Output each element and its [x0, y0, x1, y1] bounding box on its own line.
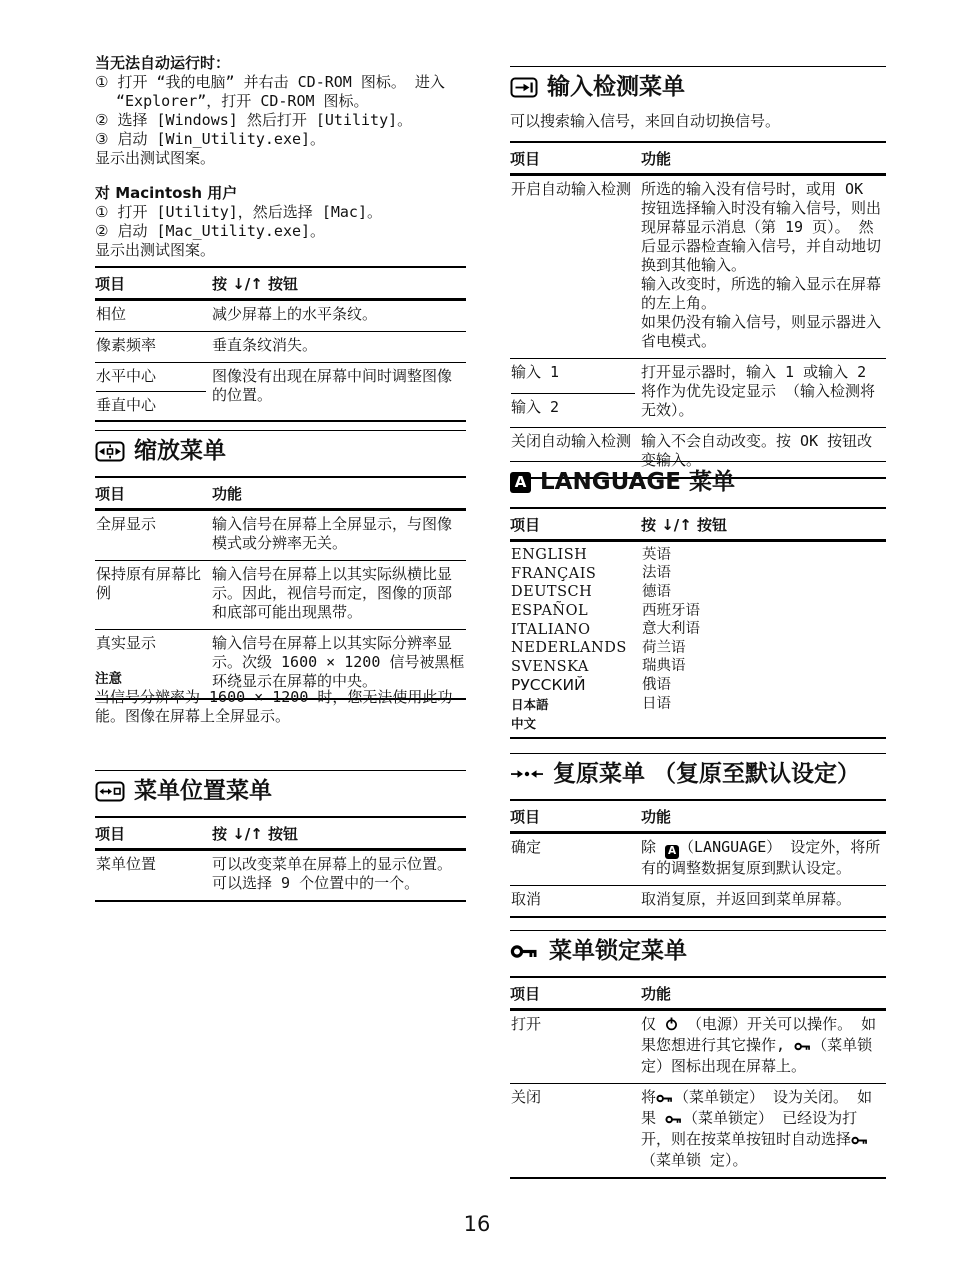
key-icon: [665, 1111, 683, 1130]
menu-lock-section: 菜单锁定菜单 项目 功能 打开 仅 （电源）开关可以操作。 如果您想进行其它操作…: [510, 930, 886, 1179]
mac-title: 对 Macintosh 用户: [95, 184, 466, 203]
mac-step-2: ② 启动 [Mac_Utility.exe]。: [95, 222, 466, 241]
menu-position-icon: [95, 781, 125, 802]
table-row-merged: 输入 1 输入 2 打开显示器时，输入 1 或输入 2 将作为优先设定显示 （输…: [510, 359, 886, 428]
page-number: 16: [0, 1212, 954, 1236]
note-title: 注意: [95, 670, 466, 688]
section-title-menu-position: 菜单位置菜单: [95, 778, 466, 804]
key-icon: [851, 1132, 869, 1151]
autorun-title: 当无法自动运行时：: [95, 54, 466, 73]
autorun-step-1: ① 打开 “我的电脑” 并右击 CD-ROM 图标。 进入 “Explorer”…: [95, 73, 466, 111]
key-icon: [656, 1090, 674, 1109]
table-header: 项目 功能: [510, 143, 886, 176]
table-row: 确定 除 A（LANGUAGE） 设定外，将所有的调整数据复原到默认设定。: [510, 834, 886, 886]
autorun-section: 当无法自动运行时： ① 打开 “我的电脑” 并右击 CD-ROM 图标。 进入 …: [95, 54, 466, 260]
note-block: 注意 当信号分辨率为 1600 × 1200 时，您无法使用此功能。图像在屏幕上…: [95, 670, 466, 726]
table-header: 项目 按 ↓/↑ 按钮: [95, 818, 466, 851]
mac-result: 显示出测试图案。: [95, 241, 466, 260]
autorun-result: 显示出测试图案。: [95, 149, 466, 168]
zoom-icon: [95, 441, 125, 462]
table-row: 相位 减少屏幕上的水平条纹。: [95, 301, 466, 332]
zoom-menu-section: 缩放菜单 项目 功能 全屏显示 输入信号在屏幕上全屏显示，与图像模式或分辨率无关…: [95, 430, 466, 700]
note-text: 当信号分辨率为 1600 × 1200 时，您无法使用此功能。图像在屏幕上全屏显…: [95, 688, 466, 726]
input-detect-intro: 可以搜索输入信号，来回自动切换信号。: [510, 112, 886, 131]
table-header: 项目 按 ↓/↑ 按钮: [510, 509, 886, 542]
table-row: 关闭 将（菜单锁定） 设为关闭。 如果 （菜单锁定） 已经设为打开，则在按菜单按…: [510, 1084, 886, 1177]
manual-page: 当无法自动运行时： ① 打开 “我的电脑” 并右击 CD-ROM 图标。 进入 …: [0, 0, 954, 1274]
table-row: 菜单位置 可以改变菜单在屏幕上的显示位置。可以选择 9 个位置中的一个。: [95, 851, 466, 900]
table-row: 保持原有屏幕比例 输入信号在屏幕上以其实际纵横比显示。因此，视信号而定，图像的顶…: [95, 561, 466, 630]
autorun-step-2: ② 选择 [Windows] 然后打开 [Utility]。: [95, 111, 466, 130]
table-header: 项目 功能: [510, 801, 886, 834]
table-row: 开启自动输入检测 所选的输入没有信号时，或用 OK 按钮选择输入时没有输入信号，…: [510, 176, 886, 359]
key-icon: [510, 943, 540, 960]
power-icon: [665, 1017, 678, 1036]
table-header: 项目 功能: [510, 978, 886, 1011]
language-icon: A: [510, 472, 531, 493]
table-header: 项目 按 ↓/↑ 按钮: [95, 268, 466, 301]
table-row: 全屏显示 输入信号在屏幕上全屏显示，与图像模式或分辨率无关。: [95, 511, 466, 561]
section-title-reset: 复原菜单 （复原至默认设定）: [510, 761, 886, 787]
reset-section: 复原菜单 （复原至默认设定） 项目 功能 确定 除 A（LANGUAGE） 设定…: [510, 753, 886, 918]
table-row-merged: 水平中心 垂直中心 图像没有出现在屏幕中间时调整图像的位置。: [95, 363, 466, 420]
adjust-table: 项目 按 ↓/↑ 按钮 相位 减少屏幕上的水平条纹。 像素频率 垂直条纹消失。 …: [95, 266, 466, 422]
mac-step-1: ① 打开 [Utility]，然后选择 [Mac]。: [95, 203, 466, 222]
table-row: 取消 取消复原，并返回到菜单屏幕。: [510, 886, 886, 916]
header-func: 按 ↓/↑ 按钮: [212, 268, 466, 298]
table-row: 像素频率 垂直条纹消失。: [95, 332, 466, 363]
section-title-zoom-menu: 缩放菜单: [95, 438, 466, 464]
section-title-menu-lock: 菜单锁定菜单: [510, 938, 886, 964]
language-list: ENGLISH FRANÇAIS DEUTSCH ESPAÑOL ITALIAN…: [510, 542, 886, 737]
table-header: 项目 功能: [95, 478, 466, 511]
table-row: 打开 仅 （电源）开关可以操作。 如果您想进行其它操作, （菜单锁定）图标出现在…: [510, 1011, 886, 1084]
autorun-step-3: ③ 启动 [Win_Utility.exe]。: [95, 130, 466, 149]
language-icon: A: [665, 845, 679, 859]
key-icon: [794, 1038, 812, 1057]
language-section: A LANGUAGE 菜单 项目 按 ↓/↑ 按钮 ENGLISH FRANÇA…: [510, 461, 886, 739]
section-title-language: A LANGUAGE 菜单: [510, 469, 886, 495]
input-detect-section: 输入检测菜单 可以搜索输入信号，来回自动切换信号。 项目 功能 开启自动输入检测…: [510, 66, 886, 479]
section-title-input-detect: 输入检测菜单: [510, 74, 886, 100]
menu-position-section: 菜单位置菜单 项目 按 ↓/↑ 按钮 菜单位置 可以改变菜单在屏幕上的显示位置。…: [95, 770, 466, 902]
header-item: 项目: [95, 268, 212, 298]
input-detect-icon: [510, 77, 538, 98]
reset-icon: [510, 767, 544, 781]
